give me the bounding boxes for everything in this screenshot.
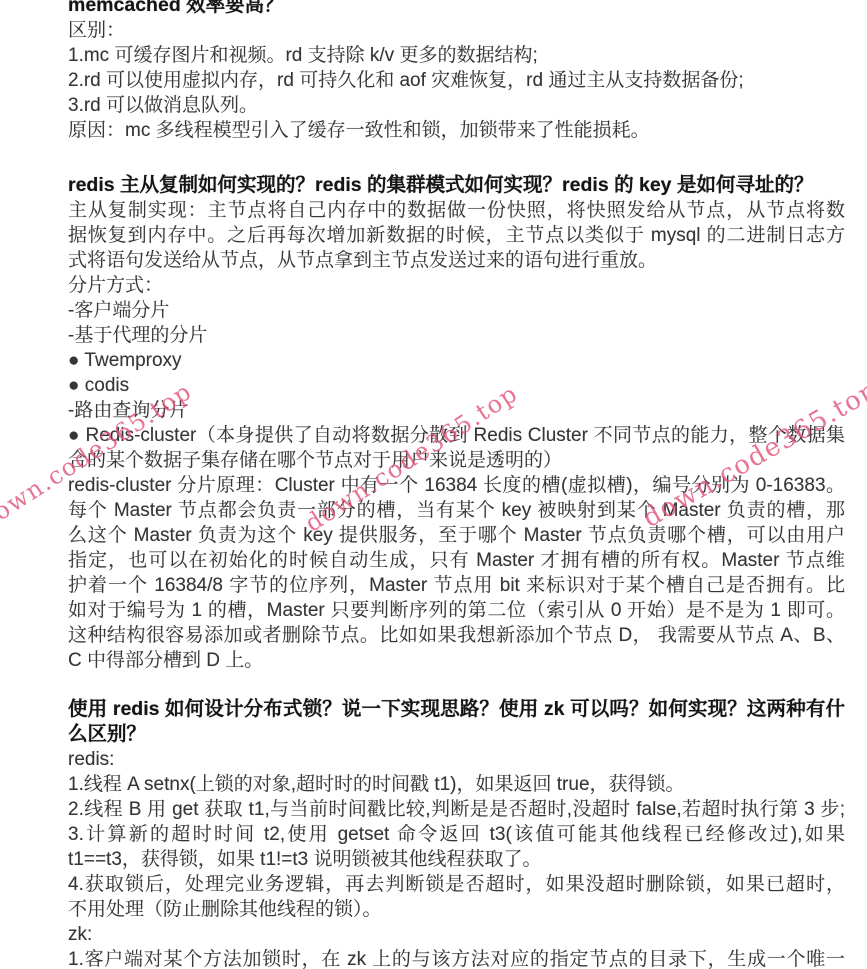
text-line: redis:	[68, 747, 845, 772]
text-line: ● Redis-cluster（本身提供了自动将数据分散到 Redis Clus…	[68, 423, 845, 448]
text-line: 据恢复到内存中。之后再每次增加新数据的时候，主节点以类似于 mysql 的二进制…	[68, 223, 845, 248]
text-line: 区别：	[68, 18, 845, 43]
text-line: 1.客户端对某个方法加锁时，在 zk 上的与该方法对应的指定节点的目录下，生成一…	[68, 947, 845, 969]
text-line: t1==t3，获得锁，如果 t1!=t3 说明锁被其他线程获取了。	[68, 847, 845, 872]
text-line: 1.线程 A setnx(上锁的对象,超时时的时间戳 t1)，如果返回 true…	[68, 772, 845, 797]
text-line: ● Twemproxy	[68, 348, 845, 373]
text-line: -客户端分片	[68, 298, 845, 323]
text-line: 3.计算新的超时时间 t2,使用 getset 命令返回 t3(该值可能其他线程…	[68, 822, 845, 847]
text-line: 不用处理（防止删除其他线程的锁）。	[68, 897, 845, 922]
text-line: ● codis	[68, 373, 845, 398]
text-line: redis-cluster 分片原理：Cluster 中有一个 16384 长度…	[68, 473, 845, 498]
heading-line: memcached 效率要高？	[68, 0, 845, 18]
document-page: memcached 效率要高？区别：1.mc 可缓存图片和视频。rd 支持除 k…	[0, 0, 867, 969]
paragraph-gap	[68, 143, 845, 173]
text-line: 这种结构很容易添加或者删除节点。比如如果我想新添加个节点 D， 我需要从节点 A…	[68, 623, 845, 648]
heading-line: 使用 redis 如何设计分布式锁？说一下实现思路？使用 zk 可以吗？如何实现…	[68, 697, 845, 722]
text-line: -基于代理的分片	[68, 323, 845, 348]
text-line: -路由查询分片	[68, 398, 845, 423]
text-line: 式将语句发送给从节点，从节点拿到主节点发送过来的语句进行重放。	[68, 248, 845, 273]
text-line: 原因：mc 多线程模型引入了缓存一致性和锁，加锁带来了性能损耗。	[68, 118, 845, 143]
text-line: 4.获取锁后，处理完业务逻辑，再去判断锁是否超时，如果没超时删除锁，如果已超时，	[68, 872, 845, 897]
text-line: 每个 Master 节点都会负责一部分的槽，当有某个 key 被映射到某个 Ma…	[68, 498, 845, 523]
text-line: 护着一个 16384/8 字节的位序列，Master 节点用 bit 来标识对于…	[68, 573, 845, 598]
text-line: zk:	[68, 922, 845, 947]
text-line: 分片方式：	[68, 273, 845, 298]
text-line: 指定，也可以在初始化的时候自动生成，只有 Master 才拥有槽的所有权。Mas…	[68, 548, 845, 573]
text-line: 2.线程 B 用 get 获取 t1,与当前时间戳比较,判断是是否超时,没超时 …	[68, 797, 845, 822]
text-line: 3.rd 可以做消息队列。	[68, 93, 845, 118]
text-line: 如对于编号为 1 的槽，Master 只要判断序列的第二位（索引从 0 开始）是…	[68, 598, 845, 623]
document-body: memcached 效率要高？区别：1.mc 可缓存图片和视频。rd 支持除 k…	[68, 0, 845, 969]
text-line: 主从复制实现：主节点将自己内存中的数据做一份快照，将快照发给从节点，从节点将数	[68, 198, 845, 223]
text-line: 么这个 Master 负责为这个 key 提供服务，至于哪个 Master 节点…	[68, 523, 845, 548]
text-line: C 中得部分槽到 D 上。	[68, 648, 845, 673]
heading-line: 么区别？	[68, 722, 845, 747]
scanned-document: { "page": { "background": "#ffffff", "te…	[0, 0, 867, 969]
text-line: 1.mc 可缓存图片和视频。rd 支持除 k/v 更多的数据结构;	[68, 43, 845, 68]
text-line: 2.rd 可以使用虚拟内存，rd 可持久化和 aof 灾难恢复，rd 通过主从支…	[68, 68, 845, 93]
heading-line: redis 主从复制如何实现的？redis 的集群模式如何实现？redis 的 …	[68, 173, 845, 198]
text-line: 合的某个数据子集存储在哪个节点对于用户来说是透明的）	[68, 448, 845, 473]
paragraph-gap	[68, 673, 845, 697]
